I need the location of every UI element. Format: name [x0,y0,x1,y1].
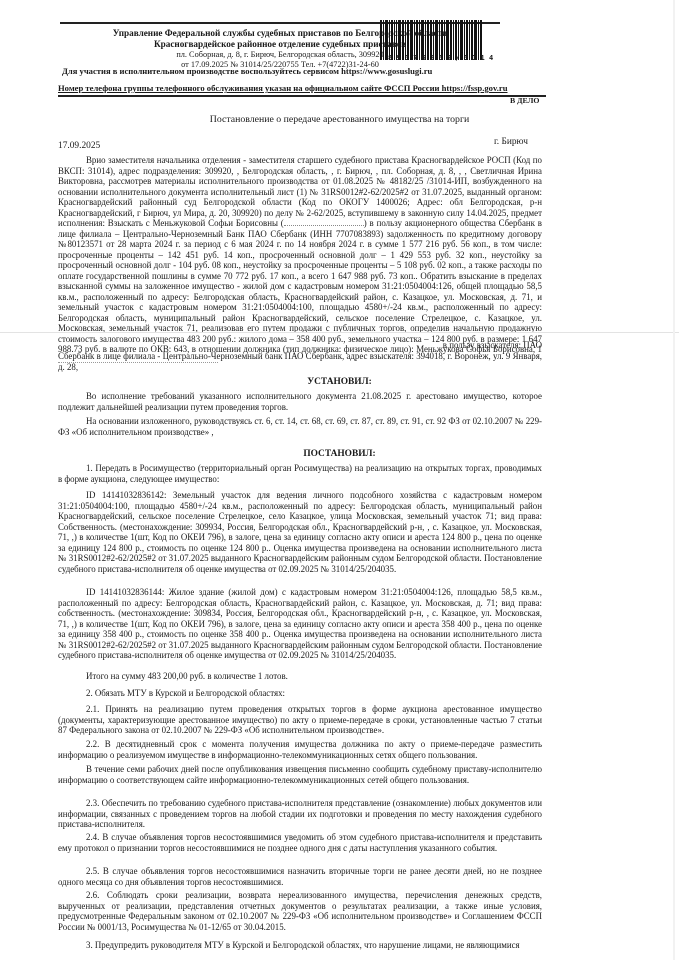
creditor-line: в пользу взыскателя: ПАО [58,340,542,351]
filing-stamp: В ДЕЛО [510,96,540,105]
resolution-item-2: 2. Обязать МТУ в Курской и Белгородской … [58,688,542,699]
scan-fold-line [0,332,679,333]
document-city: г. Бирюч [494,137,528,147]
resolution-item-3: 3. Предупредить руководителя МТУ в Курск… [58,940,542,951]
resolution-item-2-2: 2.2. В десятидневный срок с момента полу… [58,739,542,760]
scan-edge-shadow [673,0,675,960]
scanned-document-page: Управление Федеральной службы судебных п… [0,0,679,960]
phone-notice-text: Номер телефона группы телефонного обслуж… [58,83,508,93]
resolution-item-2-5: 2.5. В случае объявления торгов несостоя… [58,866,542,887]
established-heading: УСТАНОВИЛ: [0,377,679,387]
barcode-number: 89376255/3114 [388,54,506,62]
gosuslugi-notice: Для участия в исполнительном производств… [62,66,542,76]
document-title: Постановление о передаче арестованного и… [0,114,679,125]
resolution-item-2-1: 2.1. Принять на реализацию путем проведе… [58,704,542,736]
phone-notice: Номер телефона группы телефонного обслуж… [58,83,546,97]
established-paragraph-1: Во исполнение требований указанного испо… [58,391,542,412]
lot-2-description: ID 14141032836144: Жилое здание (жилой д… [58,587,542,661]
resolution-item-2-6: 2.6. Соблюдать сроки реализации, возврат… [58,890,542,932]
intro-paragraph: Врио заместителя начальника отделения - … [58,155,542,365]
redacted-field [284,225,364,226]
lot-1-description: ID 14141032836142: Земельный участок для… [58,490,542,574]
resolution-item-2-4: 2.4. В случае объявления торгов несостоя… [58,832,542,853]
established-paragraph-2: На основании изложенного, руководствуясь… [58,416,542,437]
lots-total: Итого на сумму 483 200,00 руб. в количес… [58,671,542,682]
intro-continuation: ) в пользу акционерного общества Сбербан… [58,218,542,354]
resolved-heading: ПОСТАНОВИЛ: [0,449,679,459]
resolution-item-2-2-notice: В течение семи рабочих дней после опубли… [58,764,542,785]
document-date: 17.09.2025 [58,141,100,151]
resolution-item-2-3: 2.3. Обеспечить по требованию судебного … [58,798,542,830]
creditor-details: Сбербанк в лице филиала - Центрально-Чер… [58,351,542,372]
resolution-item-1: 1. Передать в Росимущество (территориаль… [58,463,542,484]
